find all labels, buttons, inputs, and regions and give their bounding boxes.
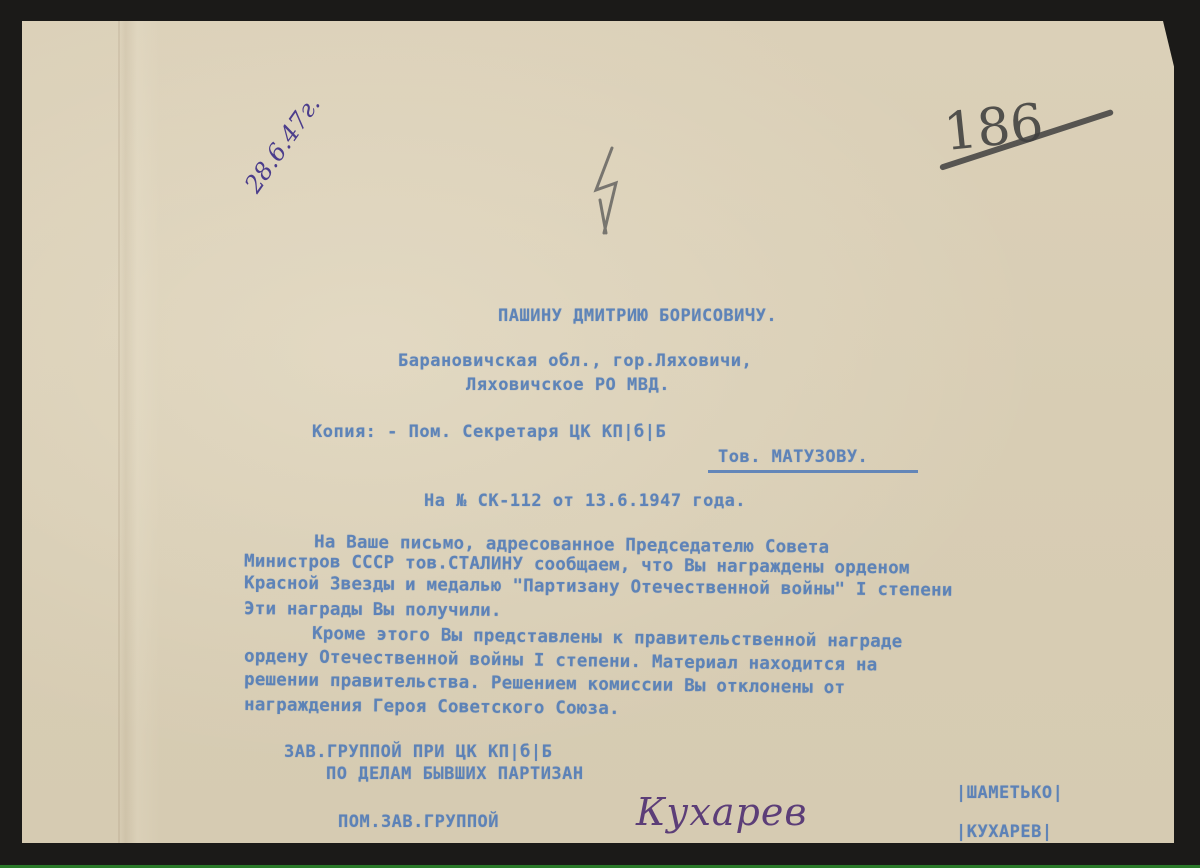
addressee-address-line1: Барановичская обл., гор.Ляховичи,: [398, 351, 752, 371]
paper-fold-line: [118, 21, 120, 843]
signature-title-1-line2: ПО ДЕЛАМ БЫВШИХ ПАРТИЗАН: [326, 764, 584, 784]
handwritten-signature: Кухарев: [636, 790, 807, 834]
pencil-initial-mark: [582, 145, 622, 235]
copy-recipient-underline: [708, 470, 918, 473]
signature-title-1-line1: ЗАВ.ГРУППОЙ ПРИ ЦК КП|б|Б: [284, 742, 552, 762]
addressee-name: ПАШИНУ ДМИТРИЮ БОРИСОВИЧУ.: [498, 306, 777, 326]
addressee-address-line2: Ляховичское РО МВД.: [466, 375, 670, 395]
copy-label: Копия: - Пом. Секретаря ЦК КП|б|Б: [312, 422, 666, 442]
signatory-name-2: |КУХАРЕВ|: [956, 822, 1053, 842]
reference-line: На № СК-112 от 13.6.1947 года.: [424, 491, 746, 511]
body-line-4: Эти награды Вы получили.: [244, 599, 502, 621]
body-line-8: награждения Героя Советского Союза.: [244, 695, 620, 719]
signature-title-2: ПОМ.ЗАВ.ГРУППОЙ: [338, 812, 499, 832]
copy-recipient: Тов. МАТУЗОВУ.: [718, 447, 868, 467]
signatory-name-1: |ШАМЕТЬКО|: [956, 783, 1063, 803]
